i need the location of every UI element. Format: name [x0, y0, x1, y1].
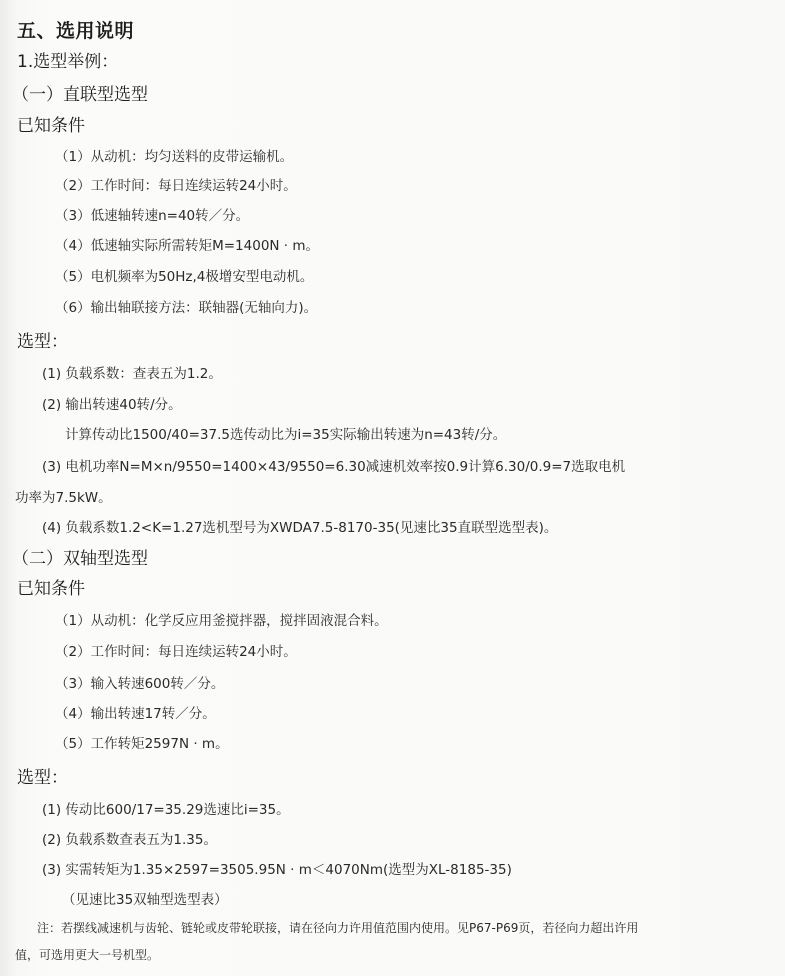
document-page: 五、选用说明 1.选型举例： （一）直联型选型 已知条件 （1）从动机：均匀送料…	[0, 0, 785, 976]
part1-selection-item: (2) 输出转速40转/分。	[42, 399, 182, 413]
part1-title: （一）直联型选型	[12, 87, 148, 104]
part2-known-heading: 已知条件	[17, 581, 85, 598]
part2-selection-heading: 选型：	[17, 770, 68, 787]
part1-known-item: （6）输出轴联接方法：联轴器(无轴向力)。	[55, 302, 317, 316]
part1-known-item: （4）低速轴实际所需转矩M=1400N · m。	[55, 240, 319, 254]
part1-known-item: （5）电机频率为50Hz,4极增安型电动机。	[55, 271, 313, 285]
part1-selection-item: (3) 电机功率N=M×n/9550=1400×43/9550=6.30减速机效…	[42, 461, 625, 475]
subsection-title: 1.选型举例：	[17, 54, 118, 71]
part1-selection-item: (1) 负载系数：查表五为1.2。	[42, 368, 222, 382]
part2-selection-item: (1) 传动比600/17=35.29选速比i=35。	[42, 804, 290, 818]
part2-selection-cont: （见速比35双轴型选型表）	[62, 894, 228, 908]
section-title: 五、选用说明	[17, 22, 134, 41]
part1-known-heading: 已知条件	[17, 118, 85, 135]
part2-known-item: （3）输入转速600转／分。	[55, 678, 224, 692]
part1-known-item: （1）从动机：均匀送料的皮带运输机。	[55, 151, 293, 165]
part1-selection-heading: 选型：	[17, 334, 68, 351]
part1-selection-cont: 功率为7.5kW。	[15, 492, 112, 506]
part1-known-item: （3）低速轴转速n=40转／分。	[55, 210, 249, 224]
part2-known-item: （1）从动机：化学反应用釜搅拌器，搅拌固液混合料。	[55, 615, 388, 629]
part2-known-item: （2）工作时间：每日连续运转24小时。	[55, 646, 297, 660]
part2-selection-item: (3) 实需转矩为1.35×2597=3505.95N · m＜4070Nm(选…	[42, 864, 512, 878]
part2-known-item: （4）输出转速17转／分。	[55, 708, 216, 722]
part2-title: （二）双轴型选型	[12, 551, 148, 568]
note-line: 注：若摆线减速机与齿轮、链轮或皮带轮联接，请在径向力许用值范围内使用。见P67-…	[37, 922, 638, 934]
part1-known-item: （2）工作时间：每日连续运转24小时。	[55, 180, 297, 194]
part1-selection-item: (4) 负载系数1.2<K=1.27选机型号为XWDA7.5-8170-35(见…	[42, 522, 557, 536]
note-line: 值，可选用更大一号机型。	[15, 949, 159, 961]
part2-known-item: （5）工作转矩2597N · m。	[55, 738, 229, 752]
part2-selection-item: (2) 负载系数查表五为1.35。	[42, 834, 217, 848]
part1-selection-calc: 计算传动比1500/40=37.5选传动比为i=35实际输出转速为n=43转/分…	[65, 429, 506, 443]
